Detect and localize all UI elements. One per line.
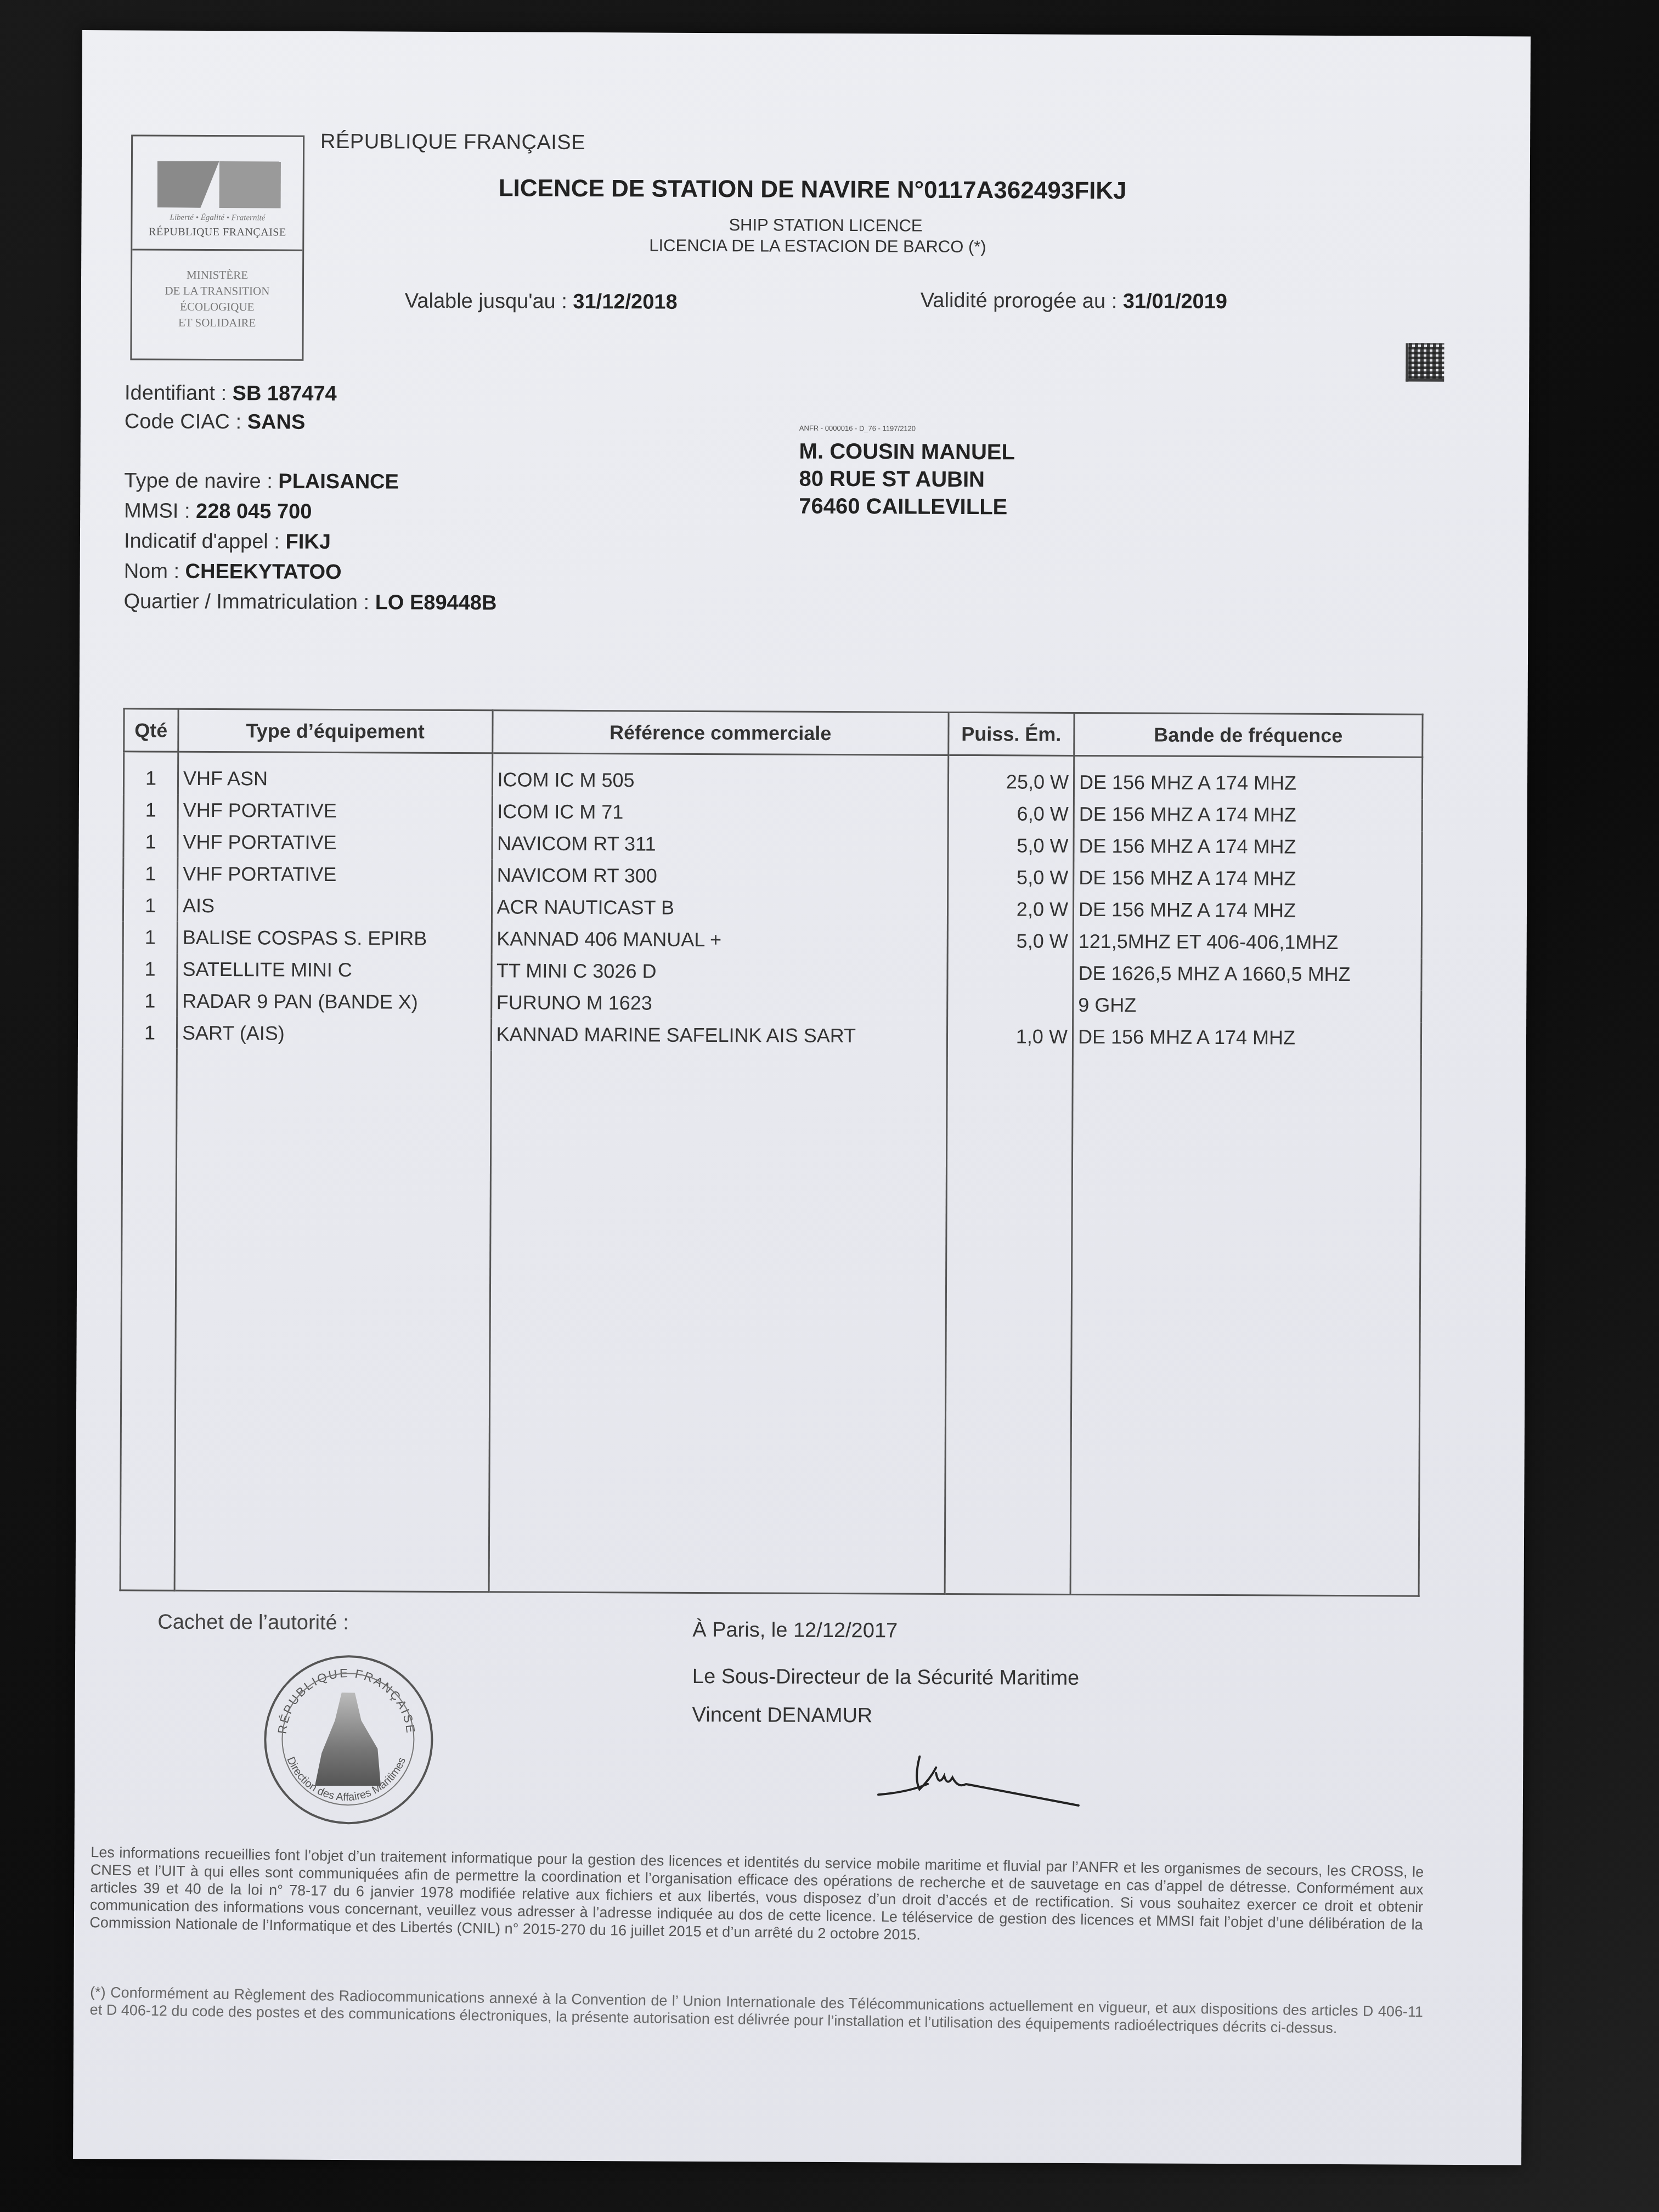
field-value: SANS (247, 410, 306, 433)
table-row: 1SATELLITE MINI CTT MINI C 3026 DDE 1626… (123, 953, 1421, 990)
signatory-name: Vincent DENAMUR (692, 1703, 873, 1728)
band-cell: DE 156 MHZ A 174 MHZ (1074, 862, 1422, 895)
header-band: Bande de fréquence (1074, 713, 1423, 757)
power-cell (947, 957, 1073, 989)
field-label: MMSI : (124, 499, 196, 523)
table-row: 1VHF ASNICOM IC M 50525,0 WDE 156 MHZ A … (123, 752, 1422, 800)
qty-cell: 1 (123, 857, 178, 889)
empty-cell (174, 1049, 491, 1592)
ministry-line: ET SOLIDAIRE (132, 314, 302, 331)
band-cell: DE 156 MHZ A 174 MHZ (1073, 894, 1421, 927)
field-label: Type de navire : (124, 469, 278, 493)
handwritten-signature-icon (876, 1745, 1096, 1812)
header-reference: Référence commerciale (492, 710, 949, 755)
datamatrix-code-icon (1406, 343, 1444, 382)
valid-until-label: Valable jusqu'au : (405, 290, 573, 313)
licence-document: Liberté • Égalité • Fraternité RÉPUBLIQU… (73, 30, 1531, 2165)
ministry-line: MINISTÈRE (132, 267, 302, 283)
recipient-name: M. COUSIN MANUEL (799, 439, 1015, 465)
type-cell: VHF PORTATIVE (178, 826, 492, 859)
ministry-logo: Liberté • Égalité • Fraternité RÉPUBLIQU… (130, 134, 304, 360)
motto: Liberté • Égalité • Fraternité (132, 213, 302, 223)
field-label: Nom : (124, 560, 185, 583)
field-value: FIKJ (285, 531, 331, 554)
field-mmsi: MMSI : 228 045 700 (124, 499, 312, 523)
power-cell: 5,0 W (948, 830, 1074, 862)
empty-cell (489, 1050, 947, 1594)
validity-extended-value: 31/01/2019 (1123, 290, 1227, 313)
band-cell: DE 156 MHZ A 174 MHZ (1074, 755, 1422, 799)
field-indicatif: Indicatif d'appel : FIKJ (124, 529, 331, 554)
band-cell: DE 1626,5 MHZ A 1660,5 MHZ (1073, 957, 1421, 991)
field-label: Indicatif d'appel : (124, 529, 286, 553)
type-cell: RADAR 9 PAN (BANDE X) (177, 985, 492, 1018)
table-row: 1SART (AIS)KANNAD MARINE SAFELINK AIS SA… (122, 1017, 1421, 1054)
qty-cell: 1 (122, 1017, 177, 1048)
reference-cell: ICOM IC M 71 (492, 795, 949, 830)
validity-extended-label: Validité prorogée au : (921, 289, 1123, 313)
field-value: 228 045 700 (196, 500, 312, 523)
table-empty-space (120, 1048, 1421, 1596)
ministry-line: DE LA TRANSITION (132, 283, 302, 299)
type-cell: SART (AIS) (177, 1017, 491, 1050)
table-row: 1RADAR 9 PAN (BANDE X)FURUNO M 16239 GHZ (123, 985, 1421, 1022)
licence-title: LICENCE DE STATION DE NAVIRE N°0117A3624… (499, 174, 1127, 205)
table-row: 1AISACR NAUTICAST B2,0 WDE 156 MHZ A 174… (123, 889, 1421, 927)
empty-cell (120, 1048, 177, 1590)
privacy-notice: Les informations recueillies font l’obje… (89, 1843, 1424, 1951)
field-value: CHEEKYTATOO (185, 560, 342, 584)
header-power: Puiss. Ém. (949, 712, 1074, 755)
band-cell: DE 156 MHZ A 174 MHZ (1073, 1021, 1421, 1054)
field-label: Identifiant : (125, 381, 233, 405)
type-cell: VHF PORTATIVE (178, 794, 492, 827)
type-cell: VHF ASN (178, 752, 492, 795)
empty-cell (945, 1052, 1073, 1594)
reference-cell: FURUNO M 1623 (491, 986, 947, 1020)
qty-cell: 1 (123, 921, 177, 953)
table-row: 1VHF PORTATIVENAVICOM RT 3005,0 WDE 156 … (123, 857, 1422, 895)
field-value: LO E89448B (375, 591, 497, 614)
signatory-role: Le Sous-Directeur de la Sécurité Maritim… (692, 1665, 1080, 1690)
equipment-table: Qté Type d’équipement Référence commerci… (120, 708, 1424, 1596)
power-cell: 6,0 W (948, 798, 1074, 830)
type-cell: BALISE COSPAS S. EPIRB (177, 922, 492, 955)
recipient-street: 80 RUE ST AUBIN (799, 467, 985, 492)
recipient-city: 76460 CAILLEVILLE (799, 494, 1007, 520)
qty-cell: 1 (123, 985, 177, 1017)
marianne-flag-icon (157, 161, 281, 208)
field-quartier: Quartier / Immatriculation : LO E89448B (123, 590, 496, 615)
valid-until-value: 31/12/2018 (573, 290, 677, 314)
table-row: 1VHF PORTATIVENAVICOM RT 3115,0 WDE 156 … (123, 826, 1422, 863)
seal-center (281, 1673, 415, 1806)
official-seal-icon: RÉPUBLIQUE FRANÇAISE Direction des Affai… (264, 1655, 433, 1824)
band-cell: 9 GHZ (1073, 989, 1421, 1023)
power-cell: 5,0 W (948, 861, 1074, 894)
power-cell: 1,0 W (947, 1020, 1073, 1053)
empty-cell (1070, 1053, 1421, 1596)
band-cell: 121,5MHZ ET 406-406,1MHZ (1073, 926, 1421, 959)
field-type-navire: Type de navire : PLAISANCE (124, 469, 399, 494)
power-cell (947, 989, 1073, 1021)
republic-title: RÉPUBLIQUE FRANÇAISE (320, 130, 585, 155)
reference-cell: ICOM IC M 505 (492, 753, 949, 798)
ministry-line: ÉCOLOGIQUE (132, 298, 302, 315)
reference-cell: TT MINI C 3026 D (491, 955, 947, 989)
power-cell: 2,0 W (947, 893, 1073, 926)
field-label: Quartier / Immatriculation : (123, 590, 375, 614)
band-cell: DE 156 MHZ A 174 MHZ (1074, 830, 1422, 864)
header-type: Type d’équipement (178, 709, 493, 753)
table-row: 1BALISE COSPAS S. EPIRBKANNAD 406 MANUAL… (123, 921, 1421, 958)
field-code-ciac: Code CIAC : SANS (125, 410, 306, 434)
subtitle-spanish: LICENCIA DE LA ESTACION DE BARCO (*) (649, 236, 986, 257)
qty-cell: 1 (123, 889, 177, 921)
type-cell: VHF PORTATIVE (178, 858, 492, 891)
cachet-label: Cachet de l’autorité : (157, 1611, 349, 1635)
reference-cell: ACR NAUTICAST B (492, 891, 948, 925)
anfr-reference: ANFR - 0000016 - D_76 - 1197/2120 (799, 424, 916, 433)
subtitle-english: SHIP STATION LICENCE (729, 215, 922, 236)
qty-cell: 1 (123, 752, 178, 794)
qty-cell: 1 (123, 826, 178, 857)
reference-cell: NAVICOM RT 311 (492, 827, 948, 861)
qty-cell: 1 (123, 953, 177, 985)
place-date: À Paris, le 12/12/2017 (692, 1618, 898, 1643)
type-cell: AIS (177, 890, 492, 923)
ministry-name: MINISTÈRE DE LA TRANSITION ÉCOLOGIQUE ET… (132, 250, 303, 331)
field-nom: Nom : CHEEKYTATOO (124, 560, 342, 584)
field-identifiant: Identifiant : SB 187474 (125, 381, 337, 406)
reference-cell: NAVICOM RT 300 (492, 859, 948, 893)
field-value: PLAISANCE (278, 470, 399, 494)
table-header-row: Qté Type d’équipement Référence commerci… (124, 709, 1423, 757)
reference-cell: KANNAD 406 MANUAL + (492, 923, 948, 957)
reference-cell: KANNAD MARINE SAFELINK AIS SART (491, 1018, 947, 1052)
validity-extended: Validité prorogée au : 31/01/2019 (921, 289, 1227, 314)
type-cell: SATELLITE MINI C (177, 953, 492, 986)
logo-republic-text: RÉPUBLIQUE FRANÇAISE (132, 225, 302, 239)
power-cell: 5,0 W (947, 925, 1073, 957)
power-cell: 25,0 W (948, 755, 1074, 798)
marianne-logo: Liberté • Égalité • Fraternité RÉPUBLIQU… (132, 136, 303, 251)
field-label: Code CIAC : (125, 410, 247, 433)
qty-cell: 1 (123, 794, 178, 826)
band-cell: DE 156 MHZ A 174 MHZ (1074, 798, 1422, 832)
marianne-figure-icon (315, 1692, 381, 1786)
valid-until: Valable jusqu'au : 31/12/2018 (405, 290, 678, 314)
table-row: 1VHF PORTATIVEICOM IC M 716,0 WDE 156 MH… (123, 794, 1422, 831)
header-qty: Qté (124, 709, 178, 752)
regulation-footnote: (*) Conformément au Règlement des Radioc… (90, 1983, 1424, 2038)
field-value: SB 187474 (232, 382, 336, 405)
